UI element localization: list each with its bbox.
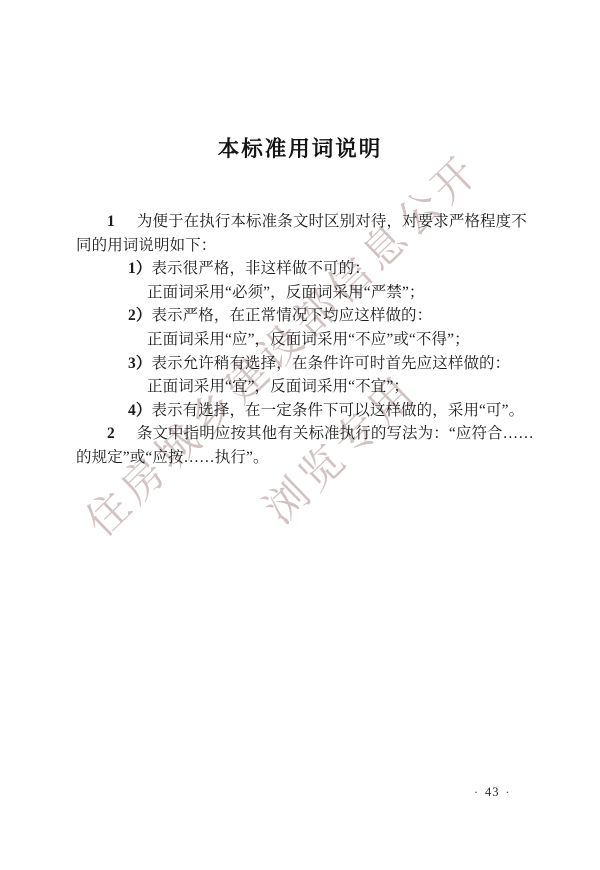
clause-text: 同的用词说明如下： (76, 237, 216, 254)
document-page: 住房城乡建设部信息公开 浏览专用 本标准用词说明 1为便于在执行本标准条文时区别… (0, 0, 600, 870)
list-item-1-detail: 正面词采用“必须”，反面词采用“严禁”； (76, 281, 536, 305)
clause-text: 的规定”或“应按……执行”。 (76, 449, 269, 466)
clause-text: 条文中指明应按其他有关标准执行的写法为：“应符合…… (137, 425, 534, 442)
list-item-4: 4）表示有选择，在一定条件下可以这样做的，采用“可”。 (76, 399, 536, 423)
clause-number: 1 (107, 213, 115, 230)
clause-1-line: 1为便于在执行本标准条文时区别对待，对要求严格程度不 (76, 210, 536, 234)
item-text: 正面词采用“应”，反面词采用“不应”或“不得”； (147, 331, 470, 348)
item-text: 表示有选择，在一定条件下可以这样做的，采用“可”。 (151, 402, 524, 419)
clause-2-line: 2条文中指明应按其他有关标准执行的写法为：“应符合…… (76, 422, 536, 446)
body-text: 1为便于在执行本标准条文时区别对待，对要求严格程度不 同的用词说明如下： 1）表… (76, 210, 536, 470)
list-item-3: 3）表示允许稍有选择，在条件许可时首先应这样做的： (76, 352, 536, 376)
page-number-dot-right: · (506, 785, 511, 799)
item-text: 表示很严格，非这样做不可的： (151, 260, 369, 277)
page-number-value: 43 (485, 785, 500, 799)
clause-number: 2 (107, 425, 115, 442)
page-title: 本标准用词说明 (0, 132, 600, 163)
item-text: 正面词采用“必须”，反面词采用“严禁”； (147, 284, 425, 301)
item-number: 3） (128, 355, 151, 372)
item-number: 4） (128, 402, 151, 419)
item-number: 2） (128, 307, 151, 324)
clause-2-continuation: 的规定”或“应按……执行”。 (76, 446, 536, 470)
item-text: 正面词采用“宜”，反面词采用“不宜”； (147, 378, 409, 395)
item-text: 表示允许稍有选择，在条件许可时首先应这样做的： (151, 355, 510, 372)
item-number: 1） (128, 260, 151, 277)
clause-text: 为便于在执行本标准条文时区别对待，对要求严格程度不 (137, 213, 527, 230)
list-item-2: 2）表示严格，在正常情况下均应这样做的： (76, 304, 536, 328)
clause-1-continuation: 同的用词说明如下： (76, 234, 536, 258)
page-number: ·43· (468, 785, 517, 800)
list-item-3-detail: 正面词采用“宜”，反面词采用“不宜”； (76, 375, 536, 399)
list-item-2-detail: 正面词采用“应”，反面词采用“不应”或“不得”； (76, 328, 536, 352)
list-item-1: 1）表示很严格，非这样做不可的： (76, 257, 536, 281)
page-number-dot-left: · (474, 785, 479, 799)
item-text: 表示严格，在正常情况下均应这样做的： (151, 307, 432, 324)
